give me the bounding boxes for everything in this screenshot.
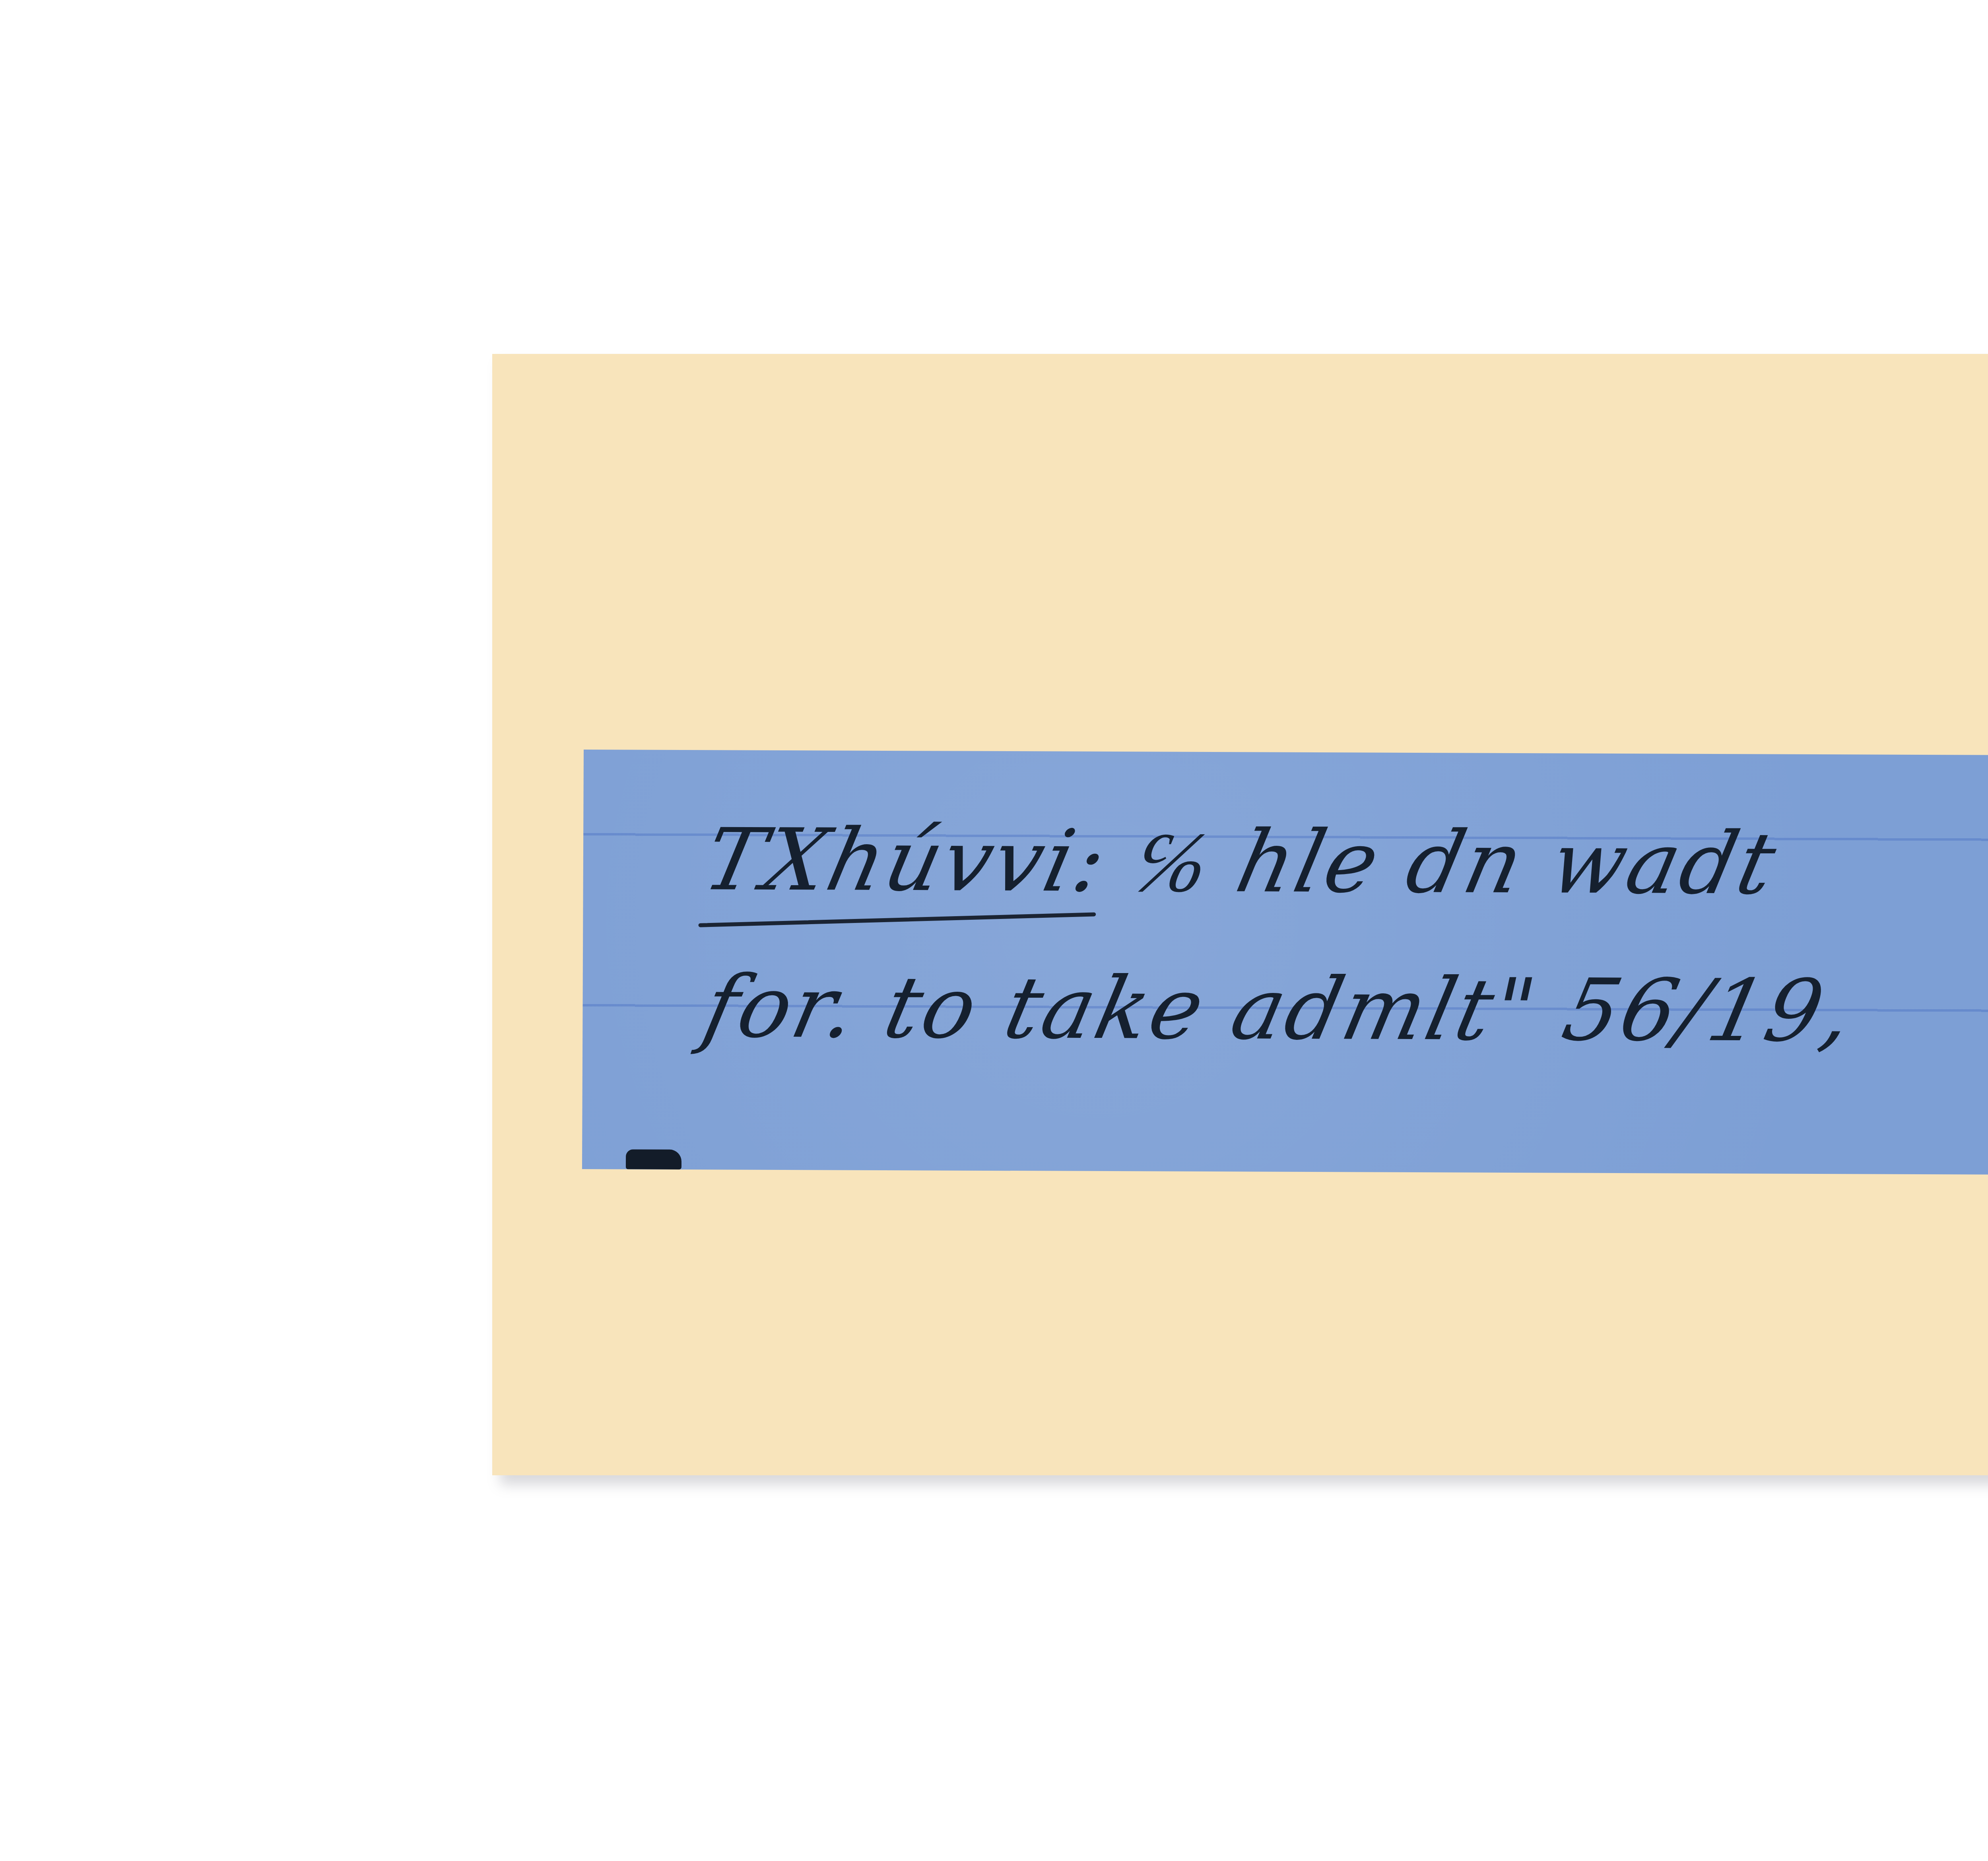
ink-stroke-fragment [626, 1149, 681, 1169]
blue-paper-slip: TXhúvvi: ℅ hle dn wadt for. to take adml… [582, 750, 1988, 1176]
handwriting-line-2: for. to take admlt" 56/19, [695, 957, 1864, 1061]
handwriting-line-1: TXhúvvi: ℅ hle dn wadt [696, 810, 1786, 914]
ink-underline [698, 912, 1096, 927]
